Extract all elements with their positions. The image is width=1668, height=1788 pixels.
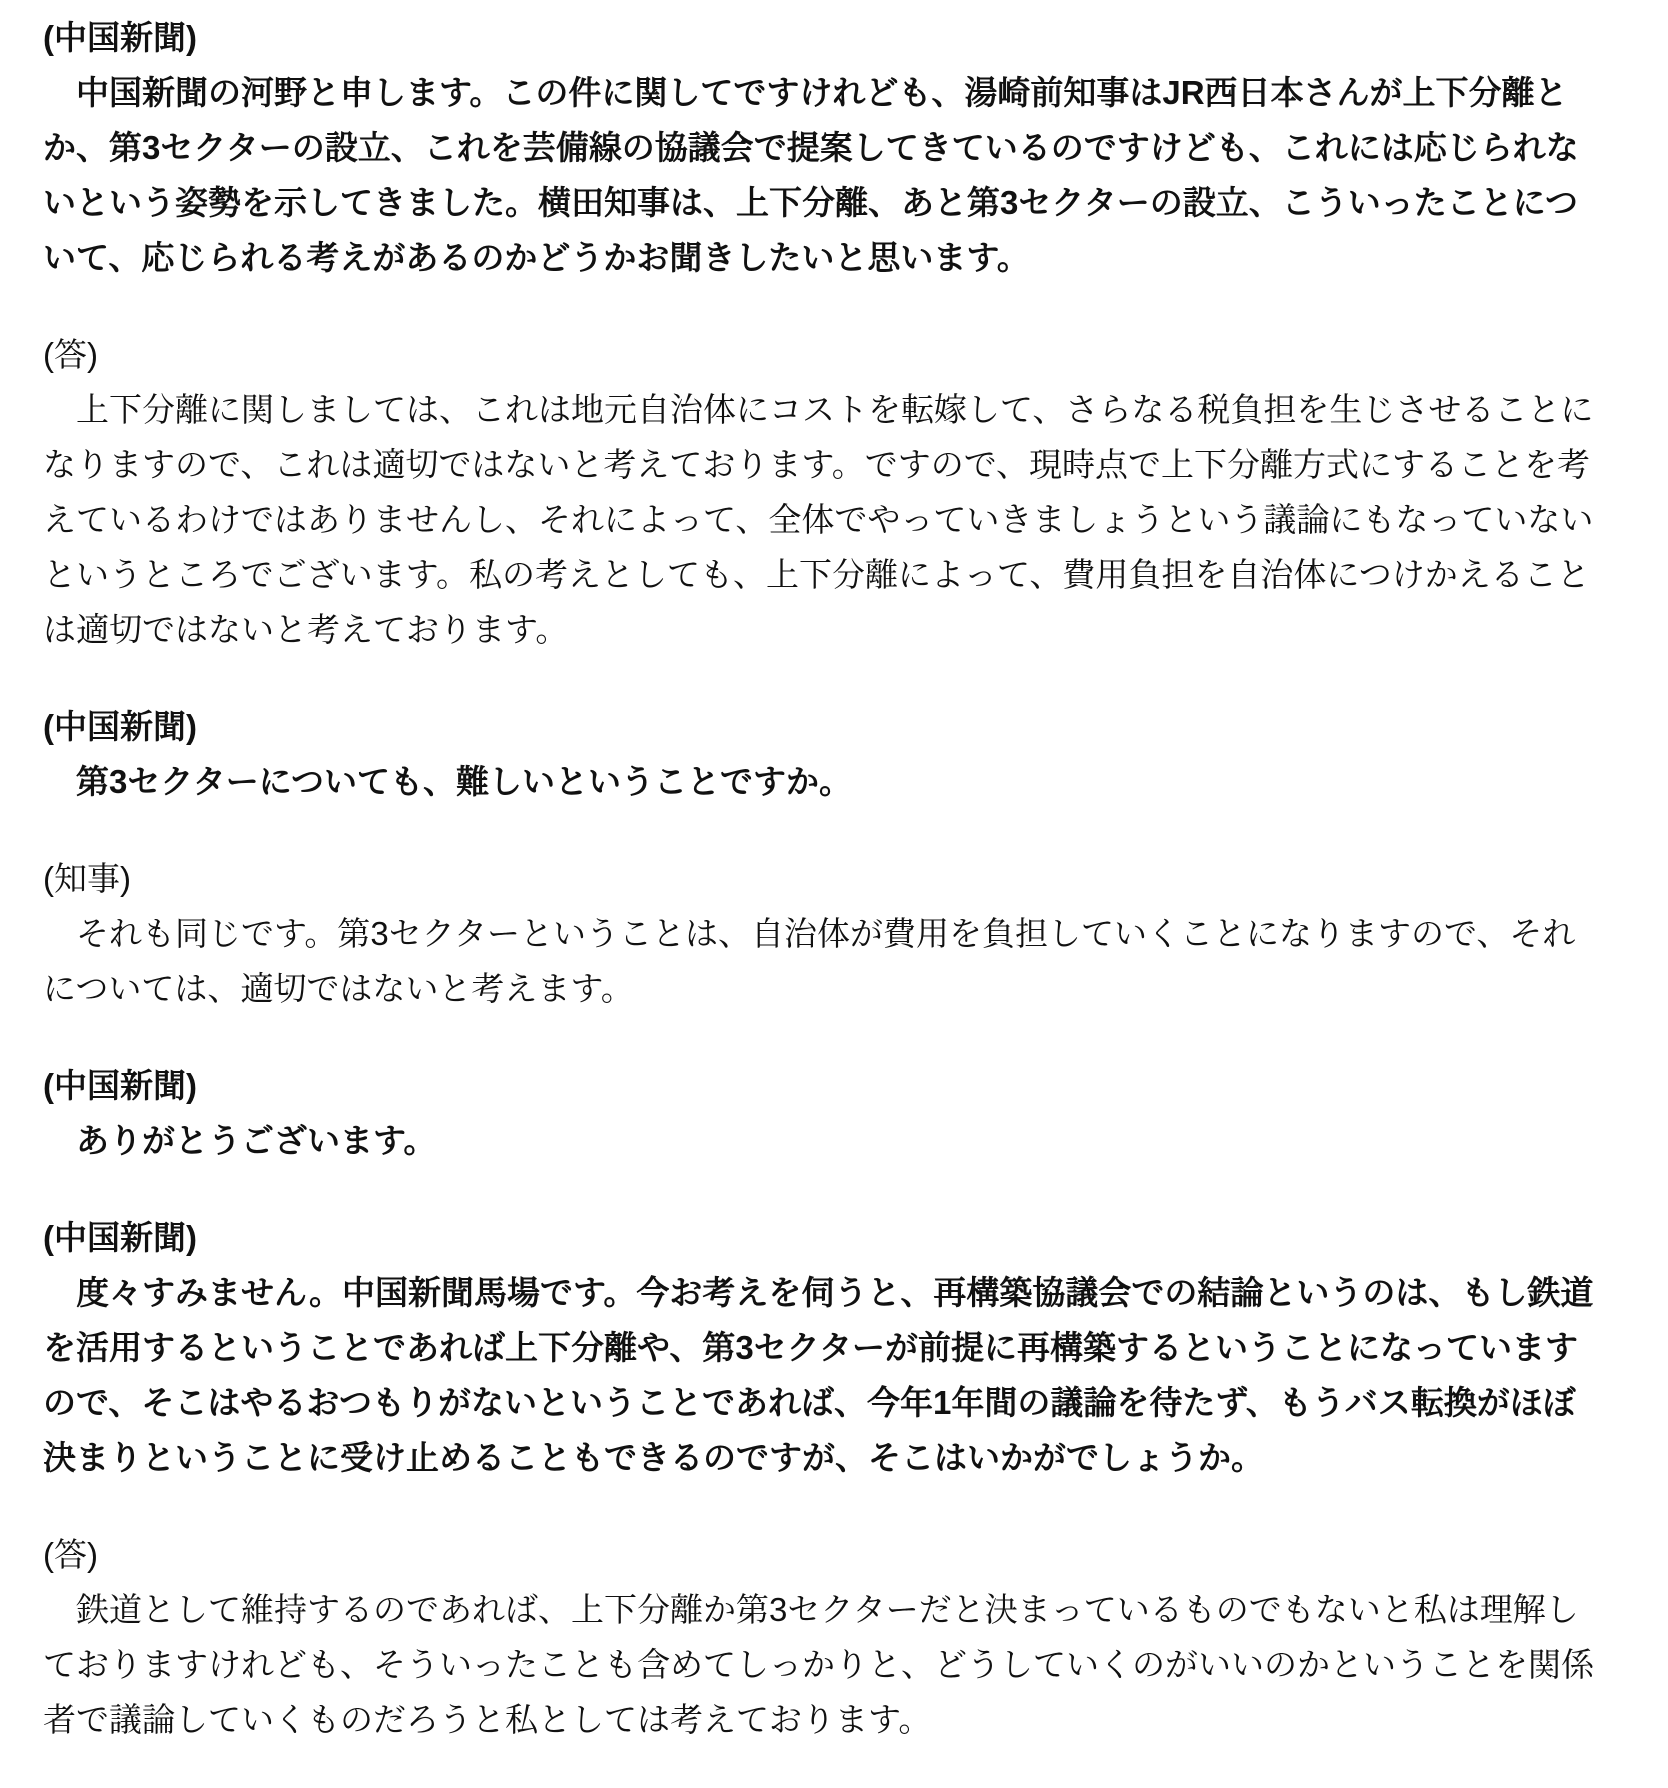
speaker-label: (中国新聞) (43, 699, 1638, 754)
speaker-label: (中国新聞) (43, 1058, 1638, 1113)
text-line: 鉄道として維持するのであれば、上下分離か第3セクターだと決まっているものでもない… (43, 1582, 1638, 1637)
text-line: か、第3セクターの設立、これを芸備線の協議会で提案してきているのですけども、これ… (43, 120, 1638, 175)
text-line: 者で議論していくものだろうと私としては考えております。 (43, 1692, 1638, 1747)
speaker-label: (中国新聞) (43, 1210, 1638, 1265)
qa-section-question-2: (中国新聞) 第3セクターについても、難しいということですか。 (43, 699, 1638, 809)
text-line: いという姿勢を示してきました。横田知事は、上下分離、あと第3セクターの設立、こう… (43, 175, 1638, 230)
qa-section-question-3: (中国新聞) ありがとうございます。 (43, 1058, 1638, 1168)
speaker-label: (答) (43, 327, 1638, 382)
text-line: えているわけではありませんし、それによって、全体でやっていきましょうという議論に… (43, 492, 1638, 547)
text-line: いて、応じられる考えがあるのかどうかお聞きしたいと思います。 (43, 230, 1638, 285)
text-line: 中国新聞の河野と申します。この件に関してですけれども、湯崎前知事はJR西日本さん… (43, 65, 1638, 120)
text-line: 決まりということに受け止めることもできるのですが、そこはいかがでしょうか。 (43, 1430, 1638, 1485)
speaker-label: (知事) (43, 851, 1638, 906)
text-line: 第3セクターについても、難しいということですか。 (43, 754, 1638, 809)
text-line: 上下分離に関しましては、これは地元自治体にコストを転嫁して、さらなる税負担を生じ… (43, 382, 1638, 437)
qa-section-answer-1: (答) 上下分離に関しましては、これは地元自治体にコストを転嫁して、さらなる税負… (43, 327, 1638, 657)
speaker-label: (中国新聞) (43, 10, 1638, 65)
speaker-label: (答) (43, 1527, 1638, 1582)
qa-section-question-4: (中国新聞) 度々すみません。中国新聞馬場です。今お考えを伺うと、再構築協議会で… (43, 1210, 1638, 1485)
text-line: ておりますけれども、そういったことも含めてしっかりと、どうしていくのがいいのかと… (43, 1637, 1638, 1692)
text-line: なりますので、これは適切ではないと考えております。ですので、現時点で上下分離方式… (43, 437, 1638, 492)
text-line: ありがとうございます。 (43, 1113, 1638, 1168)
qa-section-answer-4: (答) 鉄道として維持するのであれば、上下分離か第3セクターだと決まっているもの… (43, 1527, 1638, 1747)
text-line: それも同じです。第3セクターということは、自治体が費用を負担していくことになりま… (43, 906, 1638, 961)
press-conference-transcript: (中国新聞) 中国新聞の河野と申します。この件に関してですけれども、湯崎前知事は… (0, 0, 1668, 1787)
text-line: というところでございます。私の考えとしても、上下分離によって、費用負担を自治体に… (43, 547, 1638, 602)
text-line: 度々すみません。中国新聞馬場です。今お考えを伺うと、再構築協議会での結論というの… (43, 1265, 1638, 1320)
text-line: を活用するということであれば上下分離や、第3セクターが前提に再構築するということ… (43, 1320, 1638, 1375)
qa-section-question-1: (中国新聞) 中国新聞の河野と申します。この件に関してですけれども、湯崎前知事は… (43, 10, 1638, 285)
qa-section-answer-2: (知事) それも同じです。第3セクターということは、自治体が費用を負担していくこ… (43, 851, 1638, 1016)
text-line: ので、そこはやるおつもりがないということであれば、今年1年間の議論を待たず、もう… (43, 1375, 1638, 1430)
text-line: は適切ではないと考えております。 (43, 602, 1638, 657)
text-line: については、適切ではないと考えます。 (43, 961, 1638, 1016)
